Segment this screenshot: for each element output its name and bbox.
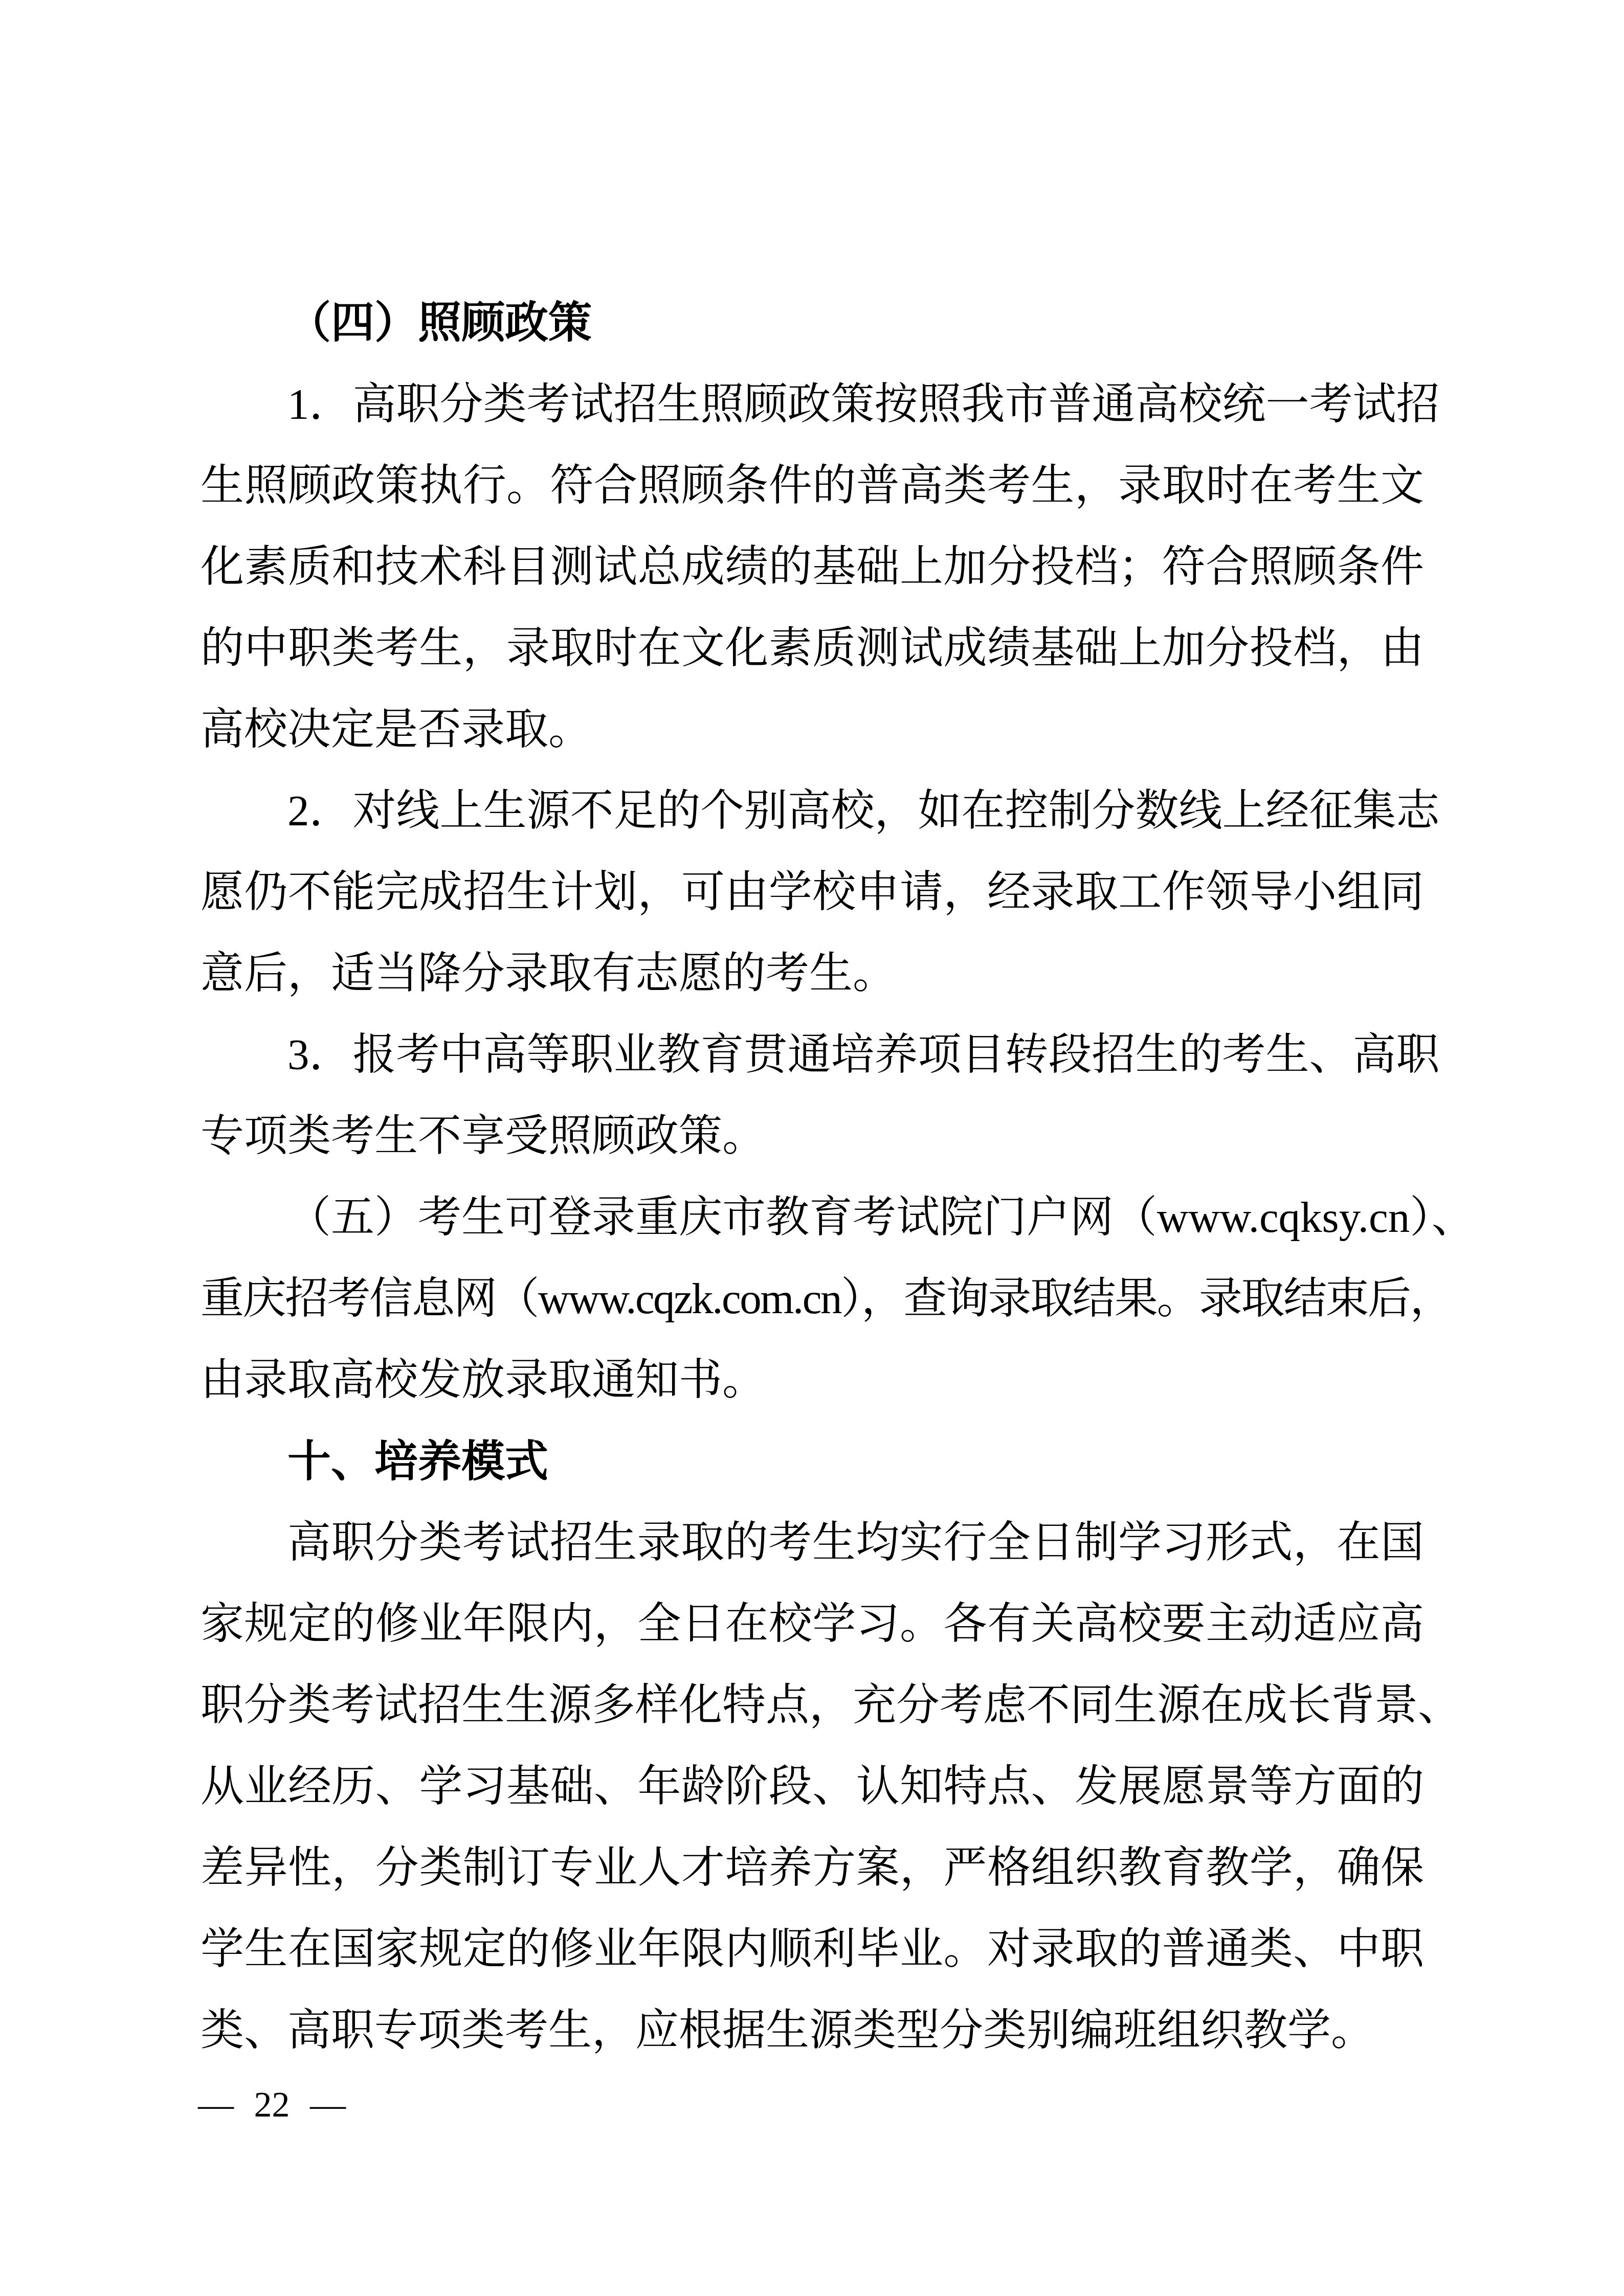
page-number: — 22 — — [198, 2077, 346, 2133]
body-line: 高校决定是否录取。 — [201, 689, 1424, 771]
section-heading-training-mode: 十、培养模式 — [201, 1421, 1424, 1502]
body-line: 2．对线上生源不足的个别高校，如在控制分数线上经征集志 — [201, 771, 1424, 852]
body-line: 1．高职分类考试招生照顾政策按照我市普通高校统一考试招 — [201, 364, 1424, 445]
body-line: 意后，适当降分录取有志愿的考生。 — [201, 933, 1424, 1015]
body-line: 学生在国家规定的修业年限内顺利毕业。对录取的普通类、中职 — [201, 1909, 1424, 1990]
subsection-heading-care-policy: （四）照顾政策 — [201, 283, 1424, 364]
body-line: 职分类考试招生生源多样化特点，充分考虑不同生源在成长背景、 — [201, 1665, 1424, 1746]
body-line: 差异性，分类制订专业人才培养方案，严格组织教育教学，确保 — [201, 1828, 1424, 1909]
body-line: 高职分类考试招生录取的考生均实行全日制学习形式，在国 — [201, 1502, 1424, 1584]
body-line: 愿仍不能完成招生计划，可由学校申请，经录取工作领导小组同 — [201, 852, 1424, 933]
body-line: 生照顾政策执行。符合照顾条件的普高类考生，录取时在考生文 — [201, 445, 1424, 527]
body-line: 类、高职专项类考生，应根据生源类型分类别编班组织教学。 — [201, 1990, 1424, 2072]
body-line: 由录取高校发放录取通知书。 — [201, 1340, 1424, 1421]
body-line: 3．报考中高等职业教育贯通培养项目转段招生的考生、高职 — [201, 1015, 1424, 1096]
body-line: 从业经历、学习基础、年龄阶段、认知特点、发展愿景等方面的 — [201, 1746, 1424, 1828]
body-line: 专项类考生不享受照顾政策。 — [201, 1096, 1424, 1177]
body-line: 家规定的修业年限内，全日在校学习。各有关高校要主动适应高 — [201, 1584, 1424, 1665]
document-page: （四）照顾政策 1．高职分类考试招生照顾政策按照我市普通高校统一考试招 生照顾政… — [0, 0, 1624, 2296]
body-line: 化素质和技术科目测试总成绩的基础上加分投档；符合照顾条件 — [201, 527, 1424, 608]
body-line: 的中职类考生，录取时在文化素质测试成绩基础上加分投档，由 — [201, 608, 1424, 689]
body-line-with-url: 重庆招考信息网（www.cqzk.com.cn），查询录取结果。录取结束后， — [201, 1258, 1424, 1340]
document-content: （四）照顾政策 1．高职分类考试招生照顾政策按照我市普通高校统一考试招 生照顾政… — [201, 283, 1424, 2072]
body-line-with-url: （五）考生可登录重庆市教育考试院门户网（www.cqksy.cn）、 — [201, 1177, 1424, 1258]
